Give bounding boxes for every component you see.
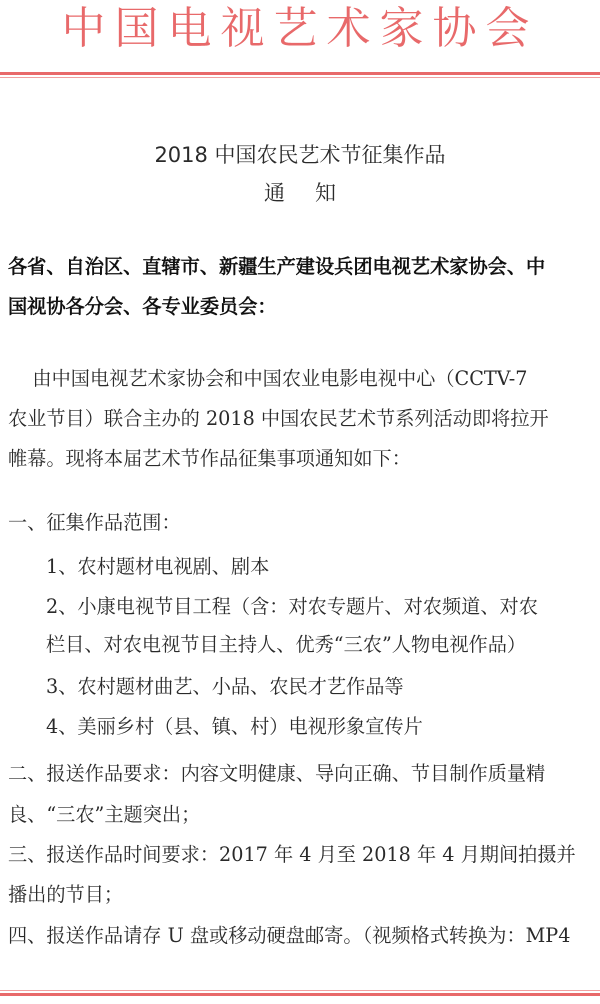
section-1-item-3: 3、农村题材曲艺、小品、农民才艺作品等	[46, 669, 600, 705]
document-subtitle: 通知	[0, 178, 600, 208]
section-3-line-1: 三、报送作品时间要求：2017 年 4 月至 2018 年 4 月期间拍摄并	[8, 837, 600, 873]
section-1-item-1: 1、农村题材电视剧、剧本	[46, 549, 600, 585]
section-2-line-2: 良、“三农”主题突出；	[8, 797, 600, 833]
org-name: 中国电视艺术家协会	[0, 4, 600, 54]
header-rule-thick	[0, 72, 600, 75]
section-4-line-1: 四、报送作品请存 U 盘或移动硬盘邮寄。（视频格式转换为：MP4	[8, 918, 600, 954]
intro-line-2: 农业节目）联合主办的 2018 中国农民艺术节系列活动即将拉开	[8, 401, 600, 437]
section-1-heading: 一、征集作品范围：	[8, 505, 600, 541]
letterhead: 中国电视艺术家协会	[0, 0, 600, 80]
intro-line-1: 由中国电视艺术家协会和中国农业电影电视中心（CCTV-7	[8, 361, 600, 397]
section-1-item-2-cont: 栏目、对农电视节目主持人、优秀“三农”人物电视作品）	[46, 627, 600, 663]
section-1-item-4: 4、美丽乡村（县、镇、村）电视形象宣传片	[46, 709, 600, 745]
document-title: 2018 中国农民艺术节征集作品	[0, 140, 600, 170]
intro-line-3: 帷幕。现将本届艺术节作品征集事项通知如下：	[8, 441, 600, 477]
addressee-line-1: 各省、自治区、直辖市、新疆生产建设兵团电视艺术家协会、中	[8, 249, 600, 285]
addressee-line-2: 国视协各分会、各专业委员会：	[8, 289, 600, 325]
section-1-item-2: 2、小康电视节目工程（含：对农专题片、对农频道、对农	[46, 589, 600, 625]
footer-rule-thin	[0, 990, 600, 991]
header-rule-thin	[0, 77, 600, 78]
section-3-line-2: 播出的节目；	[8, 877, 600, 913]
section-2-line-1: 二、报送作品要求：内容文明健康、导向正确、节目制作质量精	[8, 756, 600, 792]
footer-rule-thick	[0, 993, 600, 996]
